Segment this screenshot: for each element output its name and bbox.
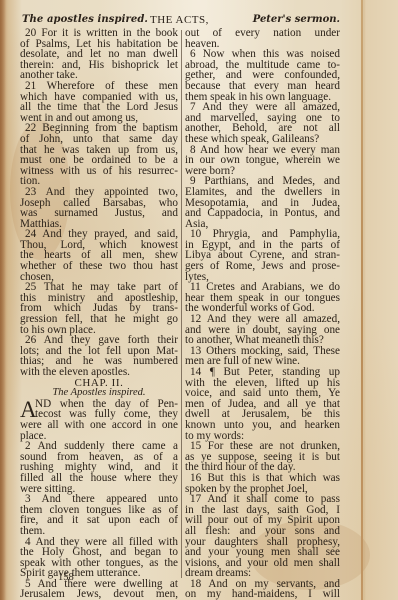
verse-line: out of every nation under: [185, 28, 340, 39]
running-head-left: The apostles inspired.: [22, 14, 148, 25]
right-column: out of every nation underheaven.6 Now wh…: [185, 28, 340, 600]
dropcap-line: tecost was fully come, they: [20, 409, 178, 420]
binding-shadow: [0, 0, 6, 600]
verse-line: with the eleven apostles.: [20, 367, 178, 378]
verse-line: Elamites, and the dwellers in: [185, 187, 340, 198]
verse-block: out of every nation underheaven.6 Now wh…: [185, 28, 340, 600]
page-number: 158: [58, 572, 74, 583]
verse-line: witness with us of his resurrec-: [20, 166, 178, 177]
running-head-right: Peter's sermon.: [253, 14, 340, 25]
verse-line: Jerusalem Jews, devout men,: [20, 589, 178, 600]
verse-block: were all with one accord in oneplace.2 A…: [20, 420, 178, 600]
verse-line: tecost was fully come, they: [35, 408, 178, 420]
verse-line: all flesh: and your sons and: [185, 526, 340, 537]
verse-line: 20 For it is written in the book: [20, 28, 178, 39]
verse-line: of John, unto that same day: [20, 134, 178, 145]
left-column: 20 For it is written in the bookof Psalm…: [20, 28, 178, 600]
verse-line: because that every man heard: [185, 81, 340, 92]
book-title: THE ACTS,: [150, 14, 209, 26]
verse-line: them.: [20, 526, 178, 537]
verse-line: 16 But this is that which was: [185, 473, 340, 484]
verse-line: 23 And they appointed two,: [20, 187, 178, 198]
verse-line: 14 ¶ But Peter, standing up: [185, 367, 340, 378]
verse-line: on my hand-maidens, I will: [185, 589, 340, 600]
verse-line: and Cappadocia, in Pontus, and: [185, 208, 340, 219]
verse-line: filled all the house where they: [20, 473, 178, 484]
verse-block: 20 For it is written in the bookof Psalm…: [20, 28, 178, 378]
page-edge: [361, 0, 363, 600]
verse-line: these which speak, Galileans?: [185, 134, 340, 145]
verse-line: 21 Wherefore of these men: [20, 81, 178, 92]
verse-line: known unto you, and hearken: [185, 420, 340, 431]
running-head: The apostles inspired. THE ACTS, Peter's…: [22, 14, 340, 26]
column-divider: [181, 30, 182, 578]
verse-line: were all with one accord in one: [20, 420, 178, 431]
book-page: The apostles inspired. THE ACTS, Peter's…: [0, 0, 398, 600]
